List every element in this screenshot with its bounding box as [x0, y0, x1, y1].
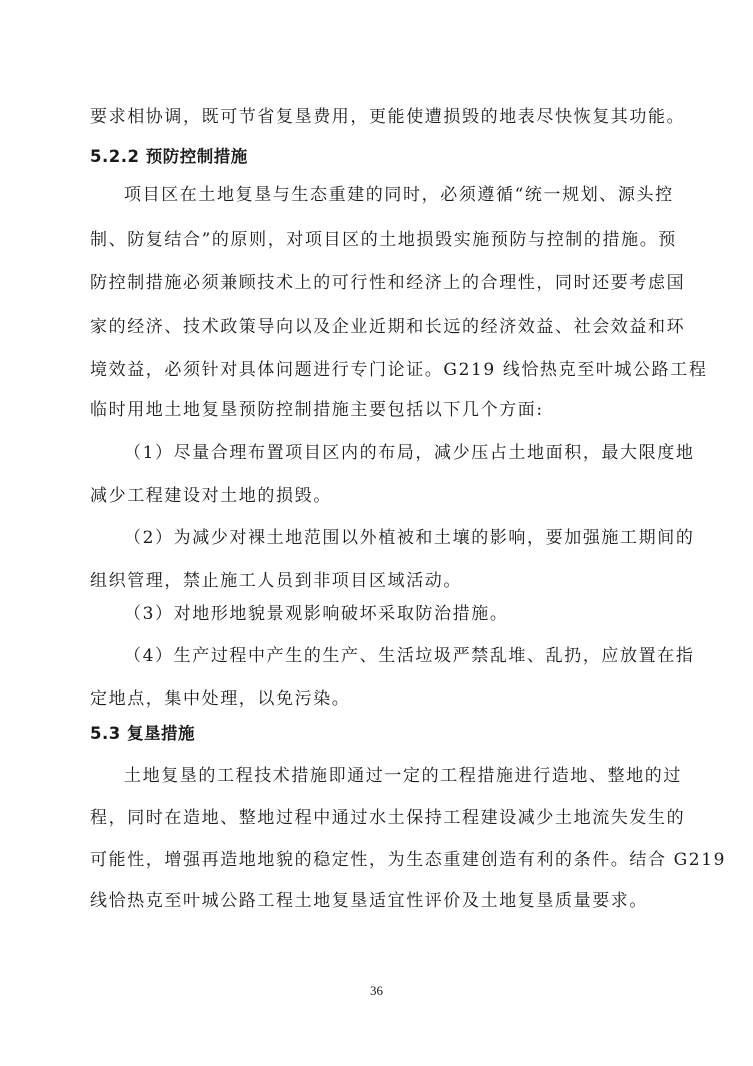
paragraph-line: 程，同时在造地、整地过程中通过水土保持工程建设减少土地流失发生的 [90, 807, 685, 829]
list-item-3: （3）对地形地貌景观影响破坏采取防治措施。 [124, 603, 508, 625]
paragraph-line: 防控制措施必须兼顾技术上的可行性和经济上的合理性，同时还要考虑国 [90, 272, 685, 294]
paragraph-line: 线恰热克至叶城公路工程土地复垦适宜性评价及土地复垦质量要求。 [90, 890, 648, 912]
paragraph-line: 项目区在土地复垦与生态重建的同时，必须遵循“统一规划、源头控 [124, 184, 674, 206]
list-item-2: （2）为减少对裸土地范围以外植被和土壤的影响，要加强施工期间的 [124, 527, 694, 549]
paragraph-line: 临时用地土地复垦预防控制措施主要包括以下几个方面: [90, 399, 544, 421]
page-number: 36 [0, 983, 753, 999]
paragraph-line: 减少工程建设对土地的损毁。 [90, 485, 332, 507]
section-heading-5-3: 5.3 复垦措施 [90, 723, 195, 745]
section-heading-5-2-2: 5.2.2 预防控制措施 [90, 146, 248, 168]
paragraph-line: 家的经济、技术政策导向以及企业近期和长远的经济效益、社会效益和环 [90, 316, 685, 338]
paragraph-line: 要求相协调，既可节省复垦费用，更能使遭损毁的地表尽快恢复其功能。 [90, 106, 685, 128]
paragraph-line: 定地点，集中处理，以免污染。 [90, 688, 350, 710]
paragraph-line: 组织管理，禁止施工人员到非项目区域活动。 [90, 570, 462, 592]
list-item-1: （1）尽量合理布置项目区内的布局，减少压占土地面积，最大限度地 [124, 442, 694, 464]
paragraph-line: 境效益，必须针对具体问题进行专门论证。G219 线恰热克至叶城公路工程 [90, 359, 707, 381]
list-item-4: （4）生产过程中产生的生产、生活垃圾严禁乱堆、乱扔，应放置在指 [124, 645, 694, 667]
paragraph-line: 可能性，增强再造地地貌的稳定性，为生态重建创造有利的条件。结合 G219 [90, 849, 726, 871]
paragraph-line: 土地复垦的工程技术措施即通过一定的工程措施进行造地、整地的过 [124, 765, 682, 787]
paragraph-line: 制、防复结合”的原则，对项目区的土地损毁实施预防与控制的措施。预 [90, 229, 677, 251]
